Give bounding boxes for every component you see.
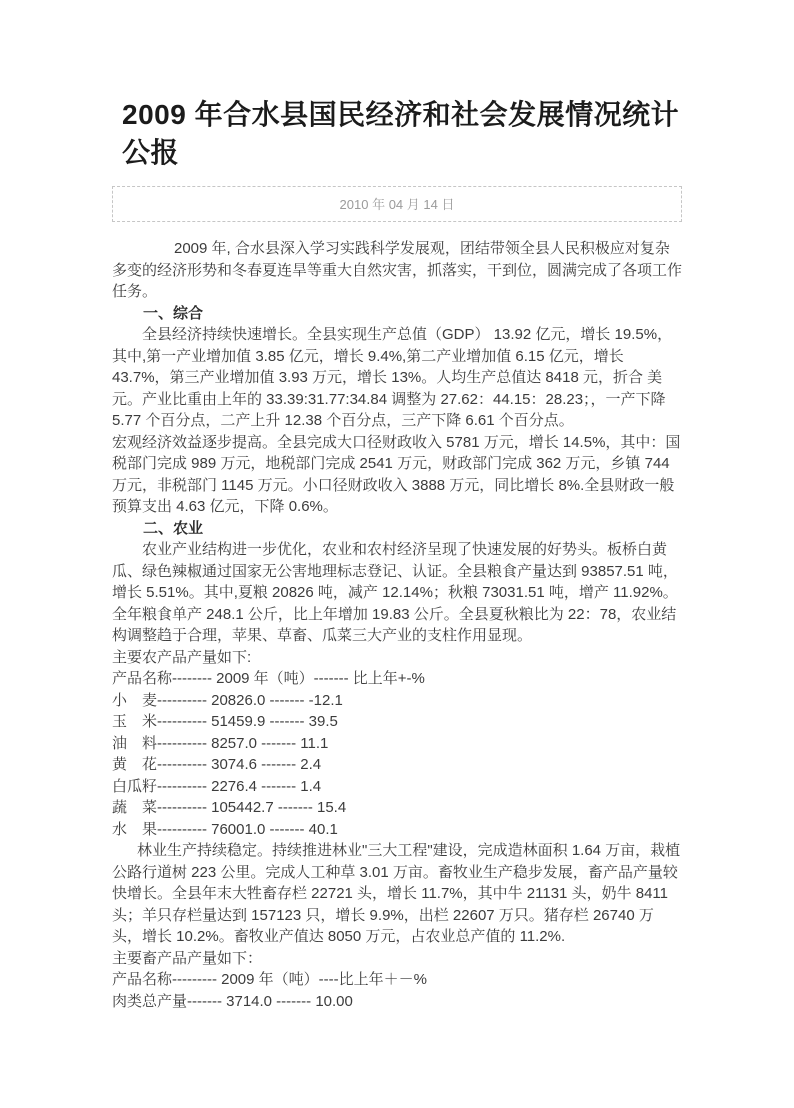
- publish-date-box: 2010 年 04 月 14 日: [112, 186, 682, 222]
- farm-products-row-daylily: 黄 花---------- 3074.6 ------- 2.4: [112, 754, 682, 776]
- farm-products-row-vegetables: 蔬 菜---------- 105442.7 ------- 15.4: [112, 797, 682, 819]
- farm-products-header: 产品名称-------- 2009 年（吨）------- 比上年+-%: [112, 668, 682, 690]
- section-2-paragraph-1: 农业产业结构进一步优化，农业和农村经济呈现了快速发展的好势头。板桥白黄瓜、绿色辣…: [112, 539, 682, 647]
- livestock-products-row-meat: 肉类总产量------- 3714.0 ------- 10.00: [112, 991, 682, 1013]
- section-1-heading: 一、综合: [112, 303, 682, 325]
- farm-products-row-wheat: 小 麦---------- 20826.0 ------- -12.1: [112, 690, 682, 712]
- section-1-paragraph-2: 宏观经济效益逐步提高。全县完成大口径财政收入 5781 万元，增长 14.5%，…: [112, 432, 682, 518]
- farm-products-row-melon-seed: 白瓜籽---------- 2276.4 ------- 1.4: [112, 776, 682, 798]
- section-2-heading: 二、农业: [112, 518, 682, 540]
- livestock-products-intro: 主要畜产品产量如下：: [112, 948, 682, 970]
- farm-products-intro: 主要农产品产量如下:: [112, 647, 682, 669]
- document-page: 2009 年合水县国民经济和社会发展情况统计公报 2010 年 04 月 14 …: [0, 0, 794, 1108]
- farm-products-row-fruit: 水 果---------- 76001.0 ------- 40.1: [112, 819, 682, 841]
- livestock-products-header: 产品名称--------- 2009 年（吨）----比上年＋－%: [112, 969, 682, 991]
- farm-products-row-corn: 玉 米---------- 51459.9 ------- 39.5: [112, 711, 682, 733]
- publish-date: 2010 年 04 月 14 日: [340, 197, 455, 212]
- section-2-paragraph-2: 林业生产持续稳定。持续推进林业"三大工程"建设，完成造林面积 1.64 万亩，栽…: [112, 840, 682, 948]
- farm-products-row-oilseed: 油 料---------- 8257.0 ------- 11.1: [112, 733, 682, 755]
- section-1-paragraph-1: 全县经济持续快速增长。全县实现生产总值（GDP） 13.92 亿元，增长 19.…: [112, 324, 682, 432]
- intro-paragraph: 2009 年, 合水县深入学习实践科学发展观，团结带领全县人民积极应对复杂多变的…: [112, 238, 682, 303]
- page-title: 2009 年合水县国民经济和社会发展情况统计公报: [122, 96, 682, 172]
- article-body: 2009 年, 合水县深入学习实践科学发展观，团结带领全县人民积极应对复杂多变的…: [112, 238, 682, 1012]
